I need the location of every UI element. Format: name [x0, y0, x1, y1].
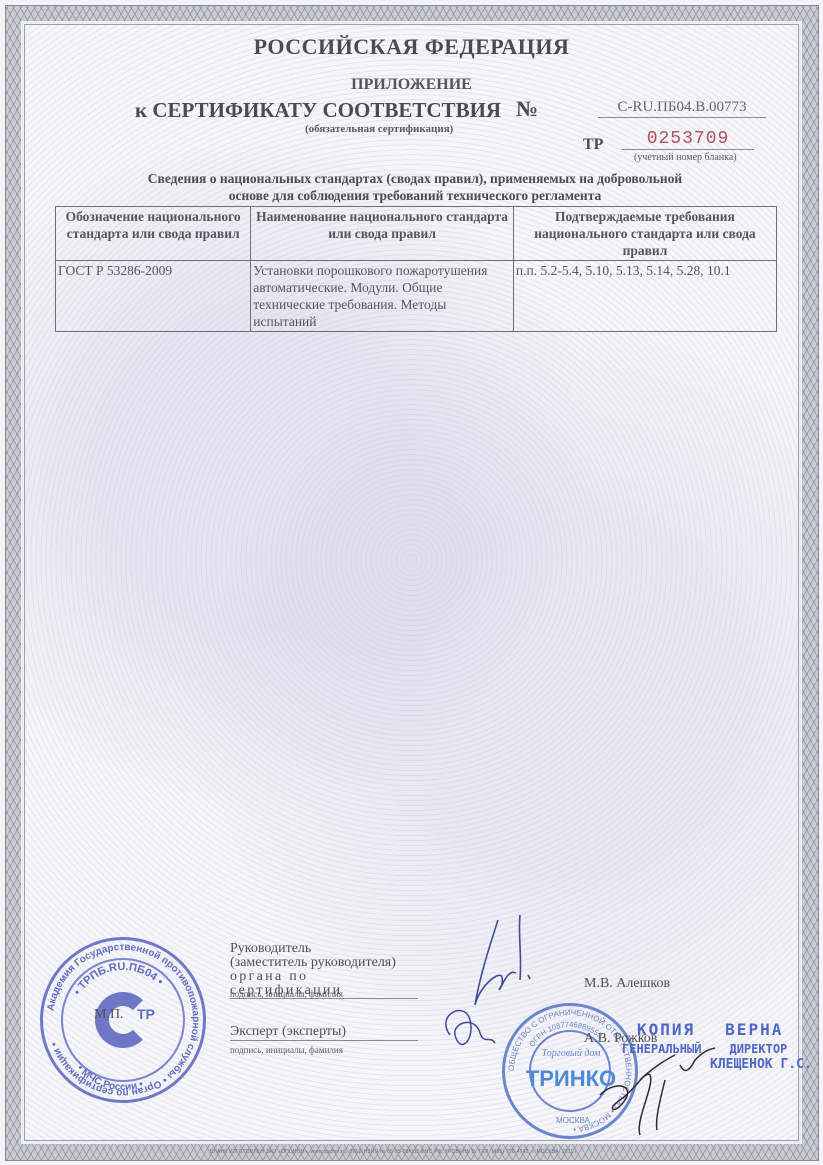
head-role-line1: Руководитель — [230, 942, 418, 956]
copy-certified-stamp-line1: КОПИЯВЕРНА — [637, 1020, 783, 1039]
certification-type: (обязательная сертификация) — [305, 123, 453, 135]
expert-signature-caption: подпись, инициалы, фамилия — [230, 1045, 343, 1055]
standards-table: Обозначение национального стандарта или … — [55, 206, 777, 332]
copy-label: КОПИЯ — [637, 1020, 695, 1039]
certified-label: ВЕРНА — [725, 1020, 783, 1039]
standards-intro-line1: Сведения о национальных стандартах (свод… — [60, 170, 770, 187]
column-header-requirements: Подтверждаемые требования национального … — [513, 207, 776, 261]
standards-intro-line2: основе для соблюдения требований техниче… — [60, 187, 770, 204]
cell-requirements: п.п. 5.2-5.4, 5.10, 5.13, 5.14, 5.28, 10… — [513, 261, 776, 332]
column-header-name: Наименование национального стандарта или… — [251, 207, 514, 261]
tp-label: ТР — [583, 136, 603, 154]
head-signature-caption: подпись, инициалы, фамилия — [230, 989, 343, 999]
standards-intro: Сведения о национальных стандартах (свод… — [60, 170, 770, 204]
expert-role: Эксперт (эксперты) — [230, 1024, 418, 1041]
table-row: ГОСТ Р 53286-2009 Установки порошкового … — [56, 261, 777, 332]
column-header-designation: Обозначение национального стандарта или … — [56, 207, 251, 261]
certificate-title: к СЕРТИФИКАТУ СООТВЕТСТВИЯ — [135, 98, 501, 123]
cell-name: Установки порошкового пожаротушения авто… — [251, 261, 514, 332]
head-role-line2: (заместитель руководителя) — [230, 956, 418, 970]
blank-number-caption: (учетный номер бланка) — [634, 152, 737, 163]
director-signature-icon — [595, 1040, 725, 1140]
director-title-right: ДИРЕКТОР — [729, 1042, 787, 1056]
table-header-row: Обозначение национального стандарта или … — [56, 207, 777, 261]
country-title: РОССИЙСКАЯ ФЕДЕРАЦИЯ — [0, 34, 823, 60]
seal-label: М.П. — [94, 1007, 124, 1023]
svg-text:• МЧС России •: • МЧС России • — [74, 1063, 145, 1093]
svg-text:• ТРПБ.RU.ПБ04 •: • ТРПБ.RU.ПБ04 • — [71, 961, 165, 998]
head-name: М.В. Алешков — [584, 976, 670, 992]
cell-designation: ГОСТ Р 53286-2009 — [56, 261, 251, 332]
certificate-number: C-RU.ПБ04.В.00773 — [598, 99, 766, 118]
appendix-heading: ПРИЛОЖЕНИЕ — [0, 76, 823, 94]
number-sign: № — [516, 96, 538, 122]
copy-certified-stamp-line3: КЛЕЩЕНОК Г.С. — [710, 1057, 812, 1072]
printer-imprint: БЛАНК ИЗГОТОВЛЕН ЗАО «ОПЦИОН», www.opcio… — [210, 1149, 615, 1155]
blank-number: 0253709 — [622, 129, 754, 150]
